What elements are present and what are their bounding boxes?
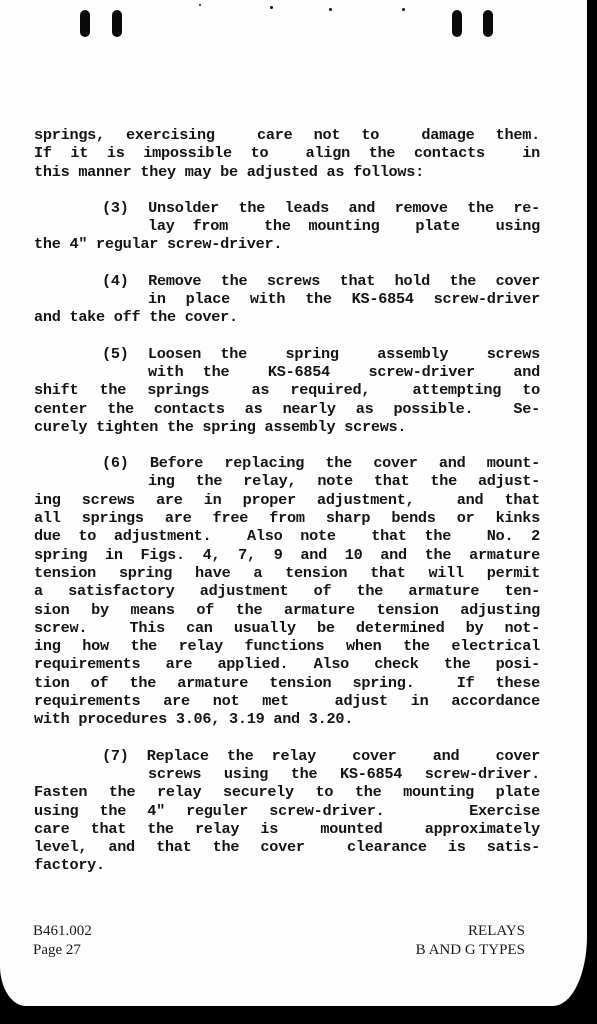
text-line: curely tighten the spring assembly screw…: [34, 418, 540, 436]
text-line: (5) Loosen the spring assembly screws: [34, 345, 540, 363]
footer-left: B461.002 Page 27: [33, 922, 92, 960]
step-text: Before replacing the cover and mount-: [150, 454, 540, 472]
step-paragraph: (5) Loosen the spring assembly screwswit…: [34, 345, 540, 436]
text-line: spring in Figs. 4, 7, 9 and 10 and the a…: [34, 546, 540, 564]
binder-hole-icon: [80, 10, 90, 37]
text-line: If it is impossible to align the contact…: [34, 144, 540, 162]
document-body: springs, exercising care not to damage t…: [34, 126, 540, 893]
text-line: with the KS-6854 screw-driver and: [34, 363, 540, 381]
footer-right: RELAYS B AND G TYPES: [416, 922, 525, 960]
text-line: using the 4" reguler screw-driver. Exerc…: [34, 802, 540, 820]
scan-speck: [199, 4, 201, 6]
step-paragraph: (4) Remove the screws that hold the cove…: [34, 272, 540, 327]
text-line: a satisfactory adjustment of the armatur…: [34, 582, 540, 600]
text-line: springs, exercising care not to damage t…: [34, 126, 540, 144]
text-line: the 4" regular screw-driver.: [34, 235, 540, 253]
doc-number: B461.002: [33, 923, 92, 939]
text-line: (7) Replace the relay cover and cover: [34, 747, 540, 765]
text-line: and take off the cover.: [34, 308, 540, 326]
step-number: (4): [102, 272, 148, 290]
page-number: Page 27: [33, 942, 81, 958]
text-line: Fasten the relay securely to the mountin…: [34, 783, 540, 801]
text-line: in place with the KS-6854 screw-driver: [34, 290, 540, 308]
step-paragraph: (7) Replace the relay cover and coverscr…: [34, 747, 540, 875]
step-paragraph: (3) Unsolder the leads and remove the re…: [34, 199, 540, 254]
scan-speck: [270, 6, 273, 9]
text-line: requirements are not met adjust in accor…: [34, 692, 540, 710]
text-line: ing how the relay functions when the ele…: [34, 637, 540, 655]
text-line: factory.: [34, 856, 540, 874]
text-line: with procedures 3.06, 3.19 and 3.20.: [34, 710, 540, 728]
text-line: ing screws are in proper adjustment, and…: [34, 491, 540, 509]
step-text: Replace the relay cover and cover: [147, 747, 540, 765]
step-number: (7): [102, 747, 147, 765]
text-line: (4) Remove the screws that hold the cove…: [34, 272, 540, 290]
text-line: (6) Before replacing the cover and mount…: [34, 454, 540, 472]
section-title: RELAYS: [468, 923, 525, 939]
text-line: sion by means of the armature tension ad…: [34, 601, 540, 619]
text-line: lay from the mounting plate using: [34, 217, 540, 235]
section-subtitle: B AND G TYPES: [416, 942, 525, 958]
binder-hole-icon: [452, 10, 462, 37]
scan-speck: [402, 8, 405, 11]
intro-paragraph: springs, exercising care not to damage t…: [34, 126, 540, 181]
step-paragraph: (6) Before replacing the cover and mount…: [34, 454, 540, 728]
text-line: tion of the armature tension spring. If …: [34, 674, 540, 692]
scan-speck: [329, 8, 332, 11]
step-number: (6): [102, 454, 150, 472]
text-line: screw. This can usually be determined by…: [34, 619, 540, 637]
text-line: tension spring have a tension that will …: [34, 564, 540, 582]
step-number: (3): [102, 199, 148, 217]
text-line: care that the relay is mounted approxima…: [34, 820, 540, 838]
text-line: center the contacts as nearly as possibl…: [34, 400, 540, 418]
binder-hole-icon: [483, 10, 493, 37]
text-line: level, and that the cover clearance is s…: [34, 838, 540, 856]
step-text: Loosen the spring assembly screws: [148, 345, 540, 363]
text-line: screws using the KS-6854 screw-driver.: [34, 765, 540, 783]
document-page: springs, exercising care not to damage t…: [0, 0, 587, 1006]
text-line: (3) Unsolder the leads and remove the re…: [34, 199, 540, 217]
text-line: requirements are applied. Also check the…: [34, 655, 540, 673]
text-line: all springs are free from sharp bends or…: [34, 509, 540, 527]
text-line: shift the springs as required, attemptin…: [34, 381, 540, 399]
step-text: Remove the screws that hold the cover: [148, 272, 540, 290]
binder-hole-icon: [112, 10, 122, 37]
text-line: due to adjustment. Also note that the No…: [34, 527, 540, 545]
text-line: ing the relay, note that the adjust-: [34, 472, 540, 490]
step-text: Unsolder the leads and remove the re-: [148, 199, 540, 217]
step-number: (5): [102, 345, 148, 363]
text-line: this manner they may be adjusted as foll…: [34, 163, 540, 181]
